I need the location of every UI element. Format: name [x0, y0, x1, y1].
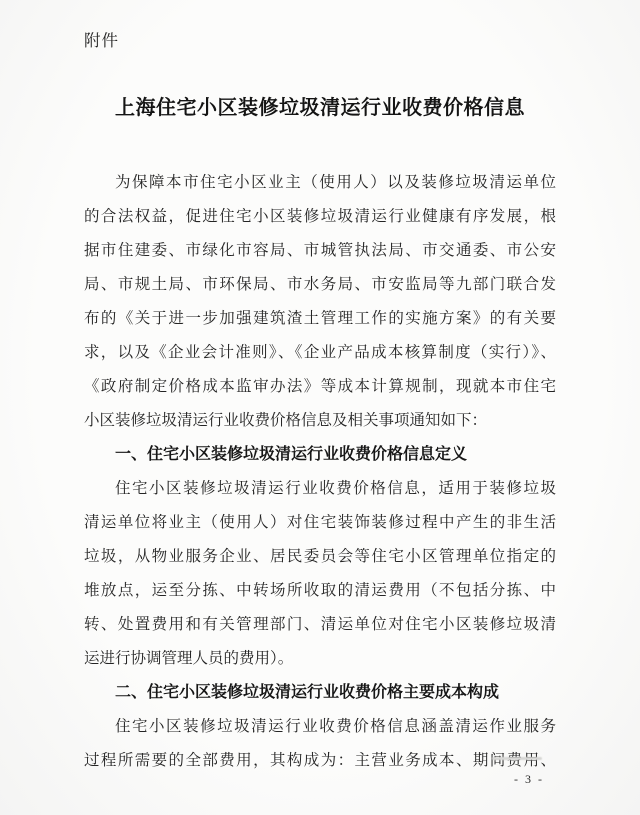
body-line: 过程所需要的全部费用，其构成为：主营业务成本、期间费用、 [84, 744, 556, 778]
section-heading: 一、住宅小区装修垃圾清运行业收费价格信息定义 [84, 438, 556, 472]
page-title: 上海住宅小区装修垃圾清运行业收费价格信息 [0, 94, 640, 122]
body-line: 转、处置费用和有关管理部门、清运单位对住宅小区装修垃圾清 [84, 608, 556, 642]
scan-artifact [492, 757, 542, 760]
body-line: 住宅小区装修垃圾清运行业收费价格信息，适用于装修垃圾 [84, 472, 556, 506]
document-body: 为保障本市住宅小区业主（使用人）以及装修垃圾清运单位的合法权益，促进住宅小区装修… [84, 166, 556, 778]
body-line: 运进行协调管理人员的费用）。 [84, 642, 556, 676]
body-line: 为保障本市住宅小区业主（使用人）以及装修垃圾清运单位 [84, 166, 556, 200]
body-line: 垃圾，从物业服务企业、居民委员会等住宅小区管理单位指定的 [84, 540, 556, 574]
body-line: 的合法权益，促进住宅小区装修垃圾清运行业健康有序发展，根 [84, 200, 556, 234]
body-line: 《政府制定价格成本监审办法》等成本计算规制，现就本市住宅 [84, 370, 556, 404]
section-heading: 二、住宅小区装修垃圾清运行业收费价格主要成本构成 [84, 676, 556, 710]
attachment-label: 附件 [84, 31, 119, 51]
body-line: 局、市规土局、市环保局、市水务局、市安监局等九部门联合发 [84, 268, 556, 302]
body-line: 堆放点，运至分拣、中转场所收取的清运费用（不包括分拣、中 [84, 574, 556, 608]
body-line: 布的《关于进一步加强建筑渣土管理工作的实施方案》的有关要 [84, 302, 556, 336]
body-line: 住宅小区装修垃圾清运行业收费价格信息涵盖清运作业服务 [84, 710, 556, 744]
body-line: 求，以及《企业会计准则》、《企业产品成本核算制度（实行）》、 [84, 336, 556, 370]
page-number: - 3 - [514, 772, 544, 787]
body-line: 据市住建委、市绿化市容局、市城管执法局、市交通委、市公安 [84, 234, 556, 268]
body-line: 清运单位将业主（使用人）对住宅装饰装修过程中产生的非生活 [84, 506, 556, 540]
document-page: 附件 上海住宅小区装修垃圾清运行业收费价格信息 为保障本市住宅小区业主（使用人）… [0, 0, 640, 815]
body-line: 小区装修垃圾清运行业收费价格信息及相关事项通知如下： [84, 404, 556, 438]
